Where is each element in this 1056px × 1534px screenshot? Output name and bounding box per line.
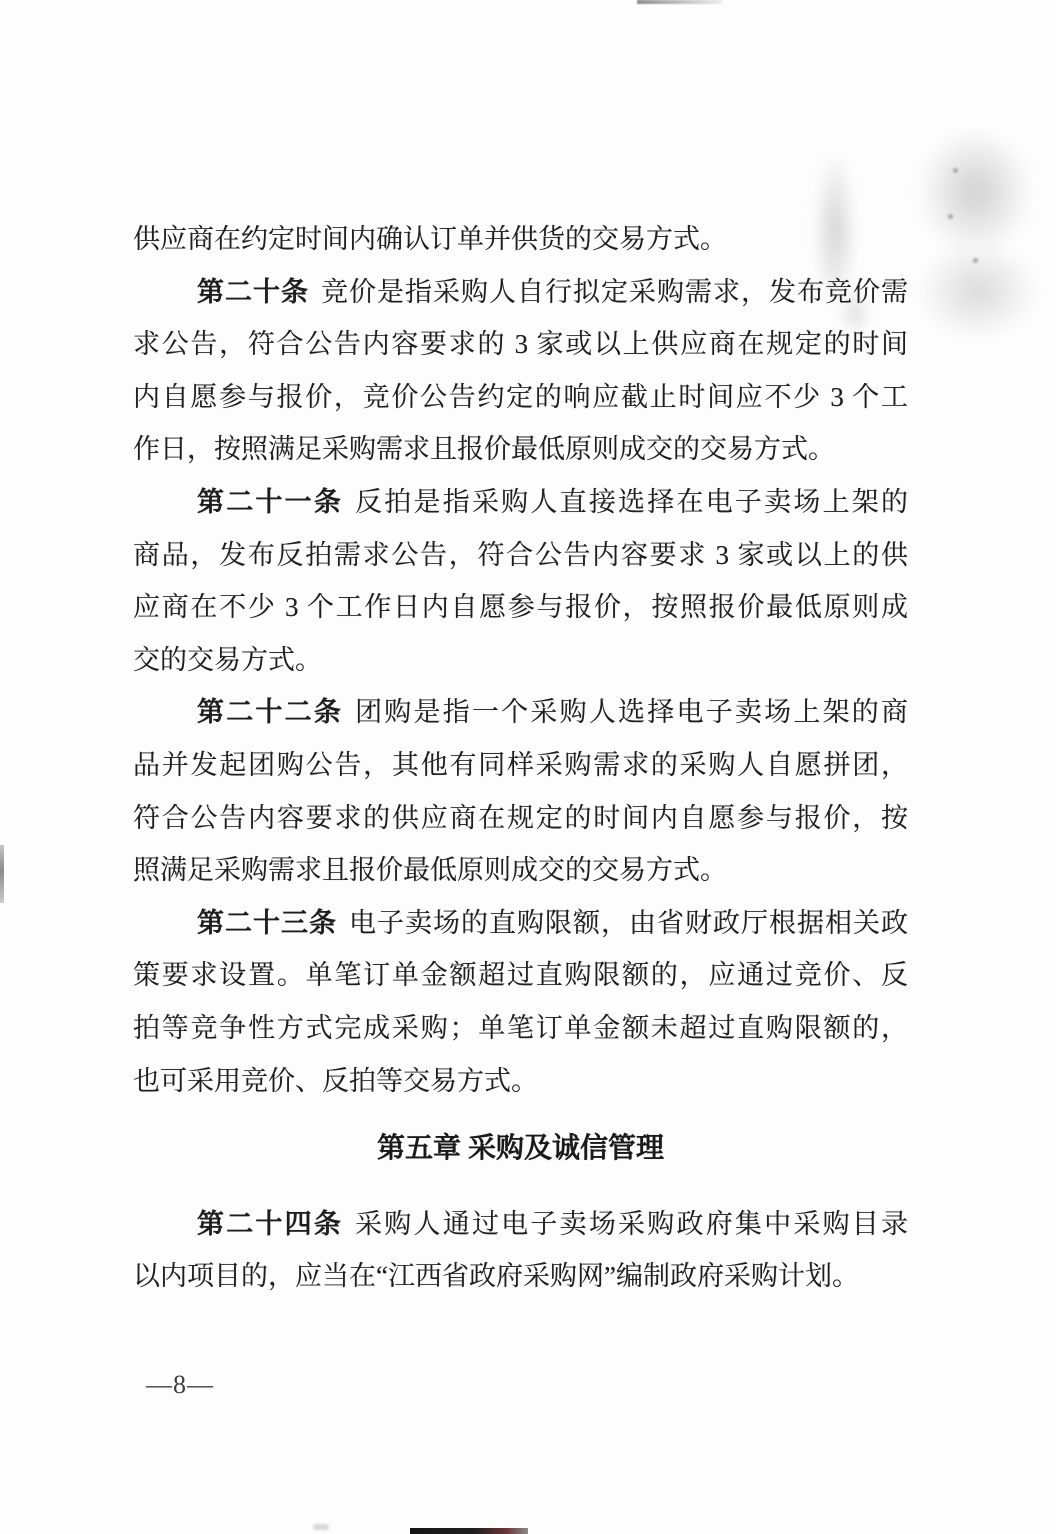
- scan-artifact-speck: [313, 1524, 329, 1530]
- text-line: 供应商在约定时间内确认订单并供货的交易方式。: [133, 213, 908, 266]
- article-number: 第二十四条: [197, 1209, 343, 1239]
- page-number: —8—: [146, 1368, 214, 1402]
- text-line: 作日，按照满足采购需求且报价最低原则成交的交易方式。: [133, 423, 908, 476]
- text-line: 第二十三条电子卖场的直购限额，由省财政厅根据相关政: [133, 897, 908, 950]
- chapter-heading: 第五章 采购及诚信管理: [133, 1123, 908, 1176]
- text-line: 以内项目的，应当在“江西省政府采购网”编制政府采购计划。: [133, 1250, 908, 1303]
- text-line: 交的交易方式。: [133, 634, 908, 687]
- text-line: 照满足采购需求且报价最低原则成交的交易方式。: [133, 844, 908, 897]
- text-line: 品并发起团购公告，其他有同样采购需求的采购人自愿拼团，: [133, 739, 908, 792]
- text-line: 求公告，符合公告内容要求的 3 家或以上供应商在规定的时间: [133, 318, 908, 371]
- text-line: 拍等竞争性方式完成采购；单笔订单金额未超过直购限额的，: [133, 1002, 908, 1055]
- scan-artifact-ink-bleed: [903, 228, 1053, 353]
- article-number: 第二十条: [197, 277, 309, 307]
- text-line: 内自愿参与报价，竞价公告约定的响应截止时间应不少 3 个工: [133, 371, 908, 424]
- text-line: 第二十一条反拍是指采购人直接选择在电子卖场上架的: [133, 476, 908, 529]
- scan-artifact-speck: [948, 214, 953, 219]
- article-number: 第二十二条: [197, 697, 343, 727]
- scan-artifact-speck: [953, 168, 958, 173]
- scanned-document-page: 供应商在约定时间内确认订单并供货的交易方式。第二十条竞价是指采购人自行拟定采购需…: [0, 0, 1056, 1534]
- scan-artifact-bottom-bar: [410, 1528, 528, 1534]
- scan-artifact-top-streak: [637, 0, 722, 4]
- text-block: 供应商在约定时间内确认订单并供货的交易方式。第二十条竞价是指采购人自行拟定采购需…: [133, 213, 908, 1303]
- article-number: 第二十一条: [197, 487, 343, 517]
- text-line: 第二十二条团购是指一个采购人选择电子卖场上架的商: [133, 686, 908, 739]
- scan-artifact-edge-smudge: [0, 845, 4, 903]
- text-line: 第二十条竞价是指采购人自行拟定采购需求，发布竞价需: [133, 266, 908, 319]
- text-line: 策要求设置。单笔订单金额超过直购限额的，应通过竞价、反: [133, 949, 908, 1002]
- scan-artifact-speck: [973, 258, 978, 263]
- text-line: 也可采用竞价、反拍等交易方式。: [133, 1055, 908, 1108]
- text-line: 商品，发布反拍需求公告，符合公告内容要求 3 家或以上的供: [133, 529, 908, 582]
- text-line: 应商在不少 3 个工作日内自愿参与报价，按照报价最低原则成: [133, 581, 908, 634]
- article-number: 第二十三条: [197, 908, 337, 938]
- text-line: 第二十四条采购人通过电子卖场采购政府集中采购目录: [133, 1198, 908, 1251]
- text-line: 符合公告内容要求的供应商在规定的时间内自愿参与报价，按: [133, 792, 908, 845]
- scan-artifact-ink-bleed: [903, 112, 1048, 272]
